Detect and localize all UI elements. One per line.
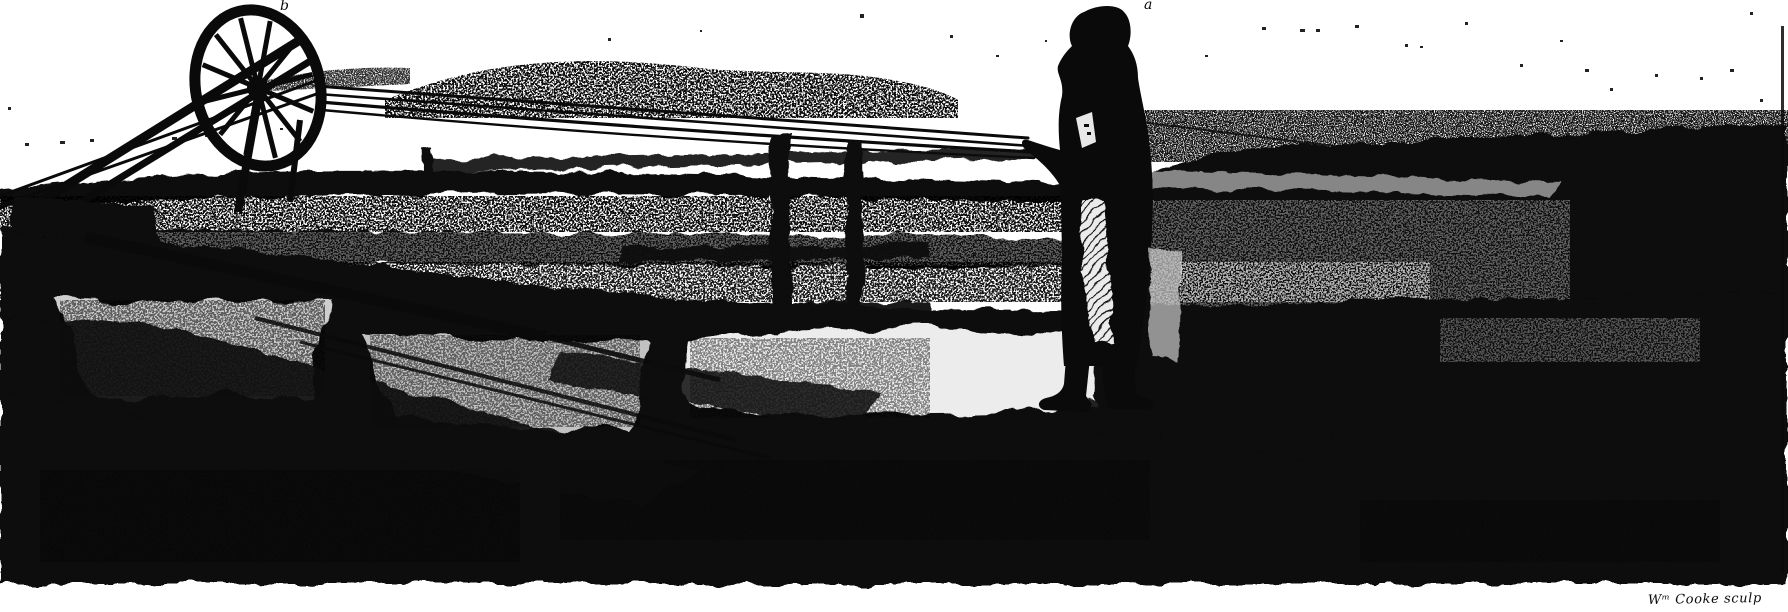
engraving-plate: b e a Wᵐ Cooke sculp — [0, 0, 1788, 612]
foreground-speckle-row — [1360, 500, 1720, 562]
light-ground-patch-right — [1440, 318, 1700, 362]
vegetation-stipple-band — [0, 196, 1150, 232]
light-strip-behind-figure — [1150, 250, 1180, 360]
annotation-letter-above-figure: a — [1144, 0, 1152, 13]
bank-mottled-light — [1180, 262, 1430, 302]
ropewalk-engraving-scene: b e a Wᵐ Cooke sculp — [0, 0, 1788, 612]
plate-edge-line — [1781, 26, 1784, 574]
engraver-signature: Wᵐ Cooke sculp — [1648, 591, 1762, 608]
annotation-letter-mid-field: e — [410, 102, 418, 118]
annotation-letter-above-wheel: b — [280, 0, 289, 14]
foreground-speckle-row — [40, 470, 520, 562]
